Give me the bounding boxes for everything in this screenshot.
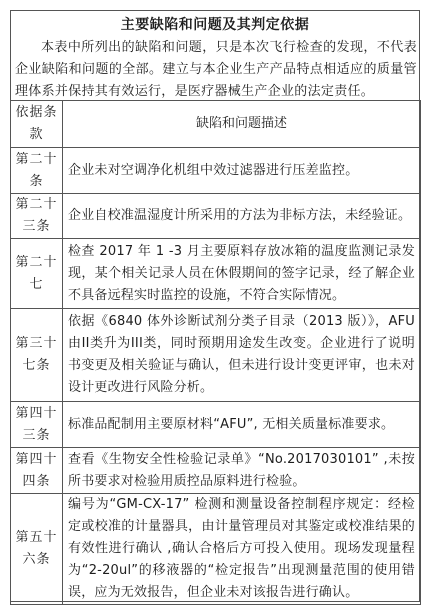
table-row: 第二十三条 企业自校准温湿度计所采用的方法为非标方法，未经验证。 <box>11 194 421 239</box>
table-row: 第四十四条 查看《生物安全性检验记录单》“No.2017030101” ,未按所… <box>11 448 421 494</box>
description-cell: 标准品配制用主要原材料“AFU”, 无相关质量标准要求。 <box>63 402 421 448</box>
description-cell: 查看《生物安全性检验记录单》“No.2017030101” ,未按所书要求对检验… <box>63 448 421 494</box>
clause-cell: 第二十三条 <box>11 194 63 239</box>
document-title: 主要缺陷和问题及其判定依据 <box>11 15 419 35</box>
table-row: 第五十六条 编号为“GM-CX-17” 检测和测量设备控制程序规定：经检定或校准… <box>11 494 421 605</box>
column-header-description: 缺陷和问题描述 <box>63 101 421 148</box>
document-frame: 主要缺陷和问题及其判定依据 本表中所列出的缺陷和问题，只是本次飞行检查的发现，不… <box>10 10 420 602</box>
description-cell: 企业未对空调净化机组中效过滤器进行压差监控。 <box>63 148 421 194</box>
intro-paragraph: 本表中所列出的缺陷和问题，只是本次飞行检查的发现，不代表企业缺陷和问题的全部。建… <box>15 37 417 103</box>
table-row: 第二十条 企业未对空调净化机组中效过滤器进行压差监控。 <box>11 148 421 194</box>
clause-cell: 第四十三条 <box>11 402 63 448</box>
clause-cell: 第二十七 <box>11 239 63 309</box>
table-row: 第三十七条 依据《6840 体外诊断试剂分类子目录（2013 版）》，AFU 由… <box>11 309 421 402</box>
description-cell: 企业自校准温湿度计所采用的方法为非标方法，未经验证。 <box>63 194 421 239</box>
description-cell: 依据《6840 体外诊断试剂分类子目录（2013 版）》，AFU 由II类升为I… <box>63 309 421 402</box>
description-cell: 编号为“GM-CX-17” 检测和测量设备控制程序规定：经检定或校准的计量器具，… <box>63 494 421 605</box>
defects-table: 依据条款 缺陷和问题描述 第二十条 企业未对空调净化机组中效过滤器进行压差监控。… <box>10 100 421 605</box>
table-header-row: 依据条款 缺陷和问题描述 <box>11 101 421 148</box>
clause-cell: 第三十七条 <box>11 309 63 402</box>
table-row: 第四十三条 标准品配制用主要原材料“AFU”, 无相关质量标准要求。 <box>11 402 421 448</box>
column-header-code: 依据条款 <box>11 101 63 148</box>
clause-cell: 第四十四条 <box>11 448 63 494</box>
table-row: 第二十七 检查 2017 年 1 -3 月主要原料存放冰箱的温度监测记录发现，某… <box>11 239 421 309</box>
clause-cell: 第二十条 <box>11 148 63 194</box>
clause-cell: 第五十六条 <box>11 494 63 605</box>
description-cell: 检查 2017 年 1 -3 月主要原料存放冰箱的温度监测记录发现，某个相关记录… <box>63 239 421 309</box>
